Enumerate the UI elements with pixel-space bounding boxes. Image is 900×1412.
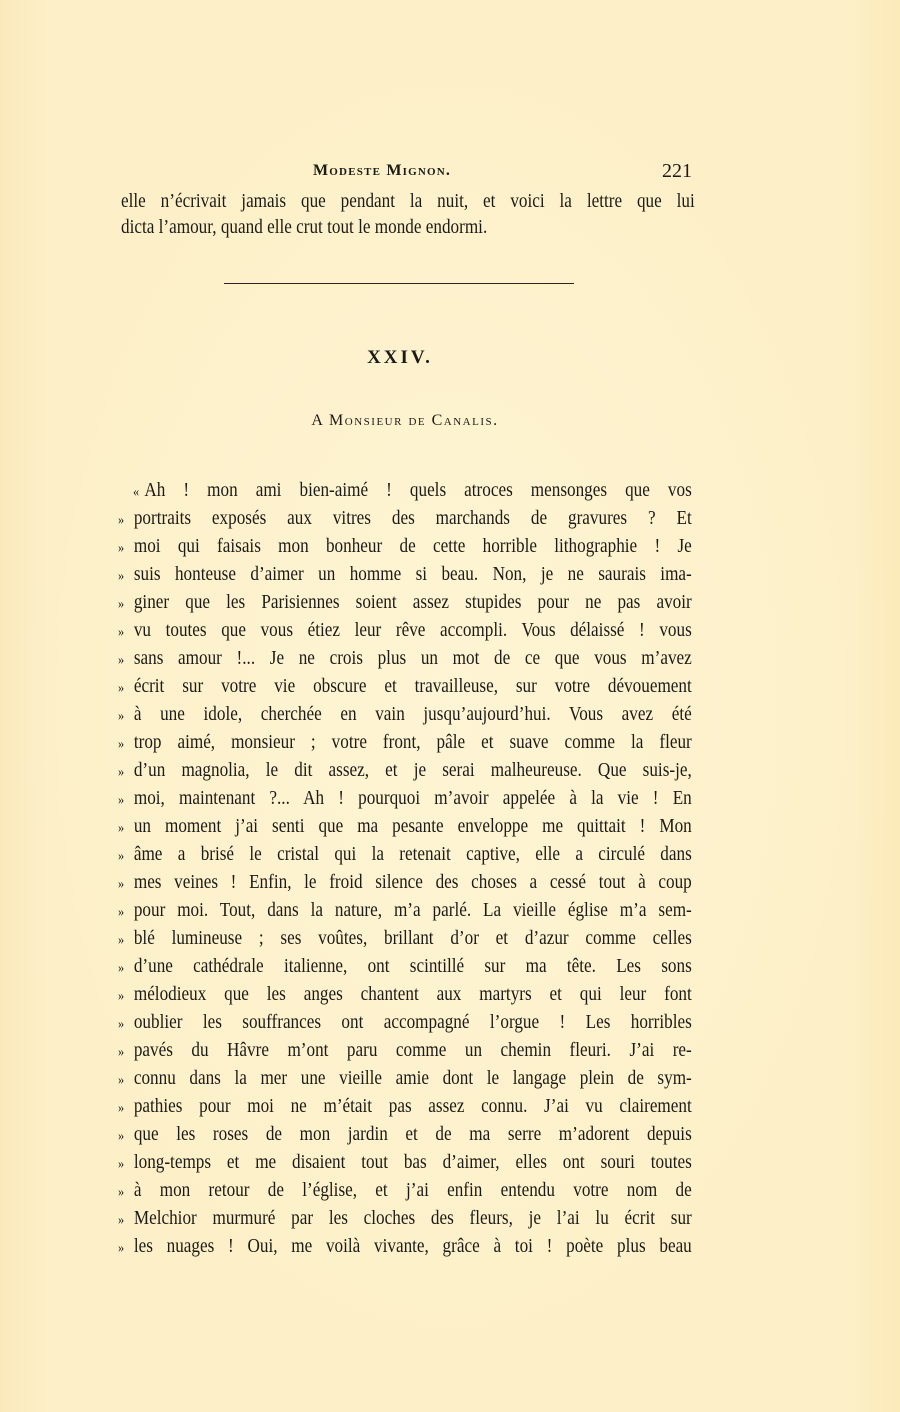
- letter-line: » pathies pour moi ne m’était pas assez …: [118, 1094, 692, 1122]
- letter-line: » connu dans la mer une vieille amie don…: [118, 1066, 692, 1094]
- letter-line: « Ah ! mon ami bien-aimé ! quels atroces…: [118, 478, 692, 506]
- chapter-title: A Monsieur de Canalis.: [0, 412, 810, 430]
- letter-line-text: âme a brisé le cristal qui la retenait c…: [134, 842, 692, 870]
- letter-line: » giner que les Parisiennes soient assez…: [118, 590, 692, 618]
- letter-line: » long-temps et me disaient tout bas d’a…: [118, 1150, 692, 1178]
- open-quote-mark: «: [118, 478, 144, 506]
- letter-line: » un moment j’ai senti que ma pesante en…: [118, 814, 692, 842]
- letter-line: » moi qui faisais mon bonheur de cette h…: [118, 534, 692, 562]
- letter-line-text: écrit sur votre vie obscure et travaille…: [134, 674, 692, 702]
- page-number: 221: [662, 160, 692, 183]
- letter-line-text: pavés du Hâvre m’ont paru comme un chemi…: [134, 1038, 692, 1066]
- letter-line-text: mes veines ! Enfin, le froid silence des…: [134, 870, 692, 898]
- letter-line: » sans amour !... Je ne crois plus un mo…: [118, 646, 692, 674]
- text-line: dicta l’amour, quand elle crut tout le m…: [121, 215, 695, 241]
- continuation-quote-mark: »: [118, 618, 134, 646]
- letter-line-text: Ah ! mon ami bien-aimé ! quels atroces m…: [144, 478, 691, 506]
- letter-line-text: moi qui faisais mon bonheur de cette hor…: [134, 534, 692, 562]
- continuation-quote-mark: »: [118, 674, 134, 702]
- letter-line-text: sans amour !... Je ne crois plus un mot …: [134, 646, 692, 674]
- letter-line-text: moi, maintenant ?... Ah ! pourquoi m’avo…: [134, 786, 692, 814]
- letter-line-text: que les roses de mon jardin et de ma ser…: [134, 1122, 692, 1150]
- continuation-quote-mark: »: [118, 1038, 134, 1066]
- continuation-quote-mark: »: [118, 702, 134, 730]
- continuation-quote-mark: »: [118, 1150, 134, 1178]
- letter-line: » d’un magnolia, le dit assez, et je ser…: [118, 758, 692, 786]
- continuation-quote-mark: »: [118, 982, 134, 1010]
- continuation-quote-mark: »: [118, 926, 134, 954]
- continuation-quote-mark: »: [118, 1234, 134, 1262]
- letter-line: » blé lumineuse ; ses voûtes, brillant d…: [118, 926, 692, 954]
- letter-line-text: d’un magnolia, le dit assez, et je serai…: [134, 758, 692, 786]
- letter-line-text: portraits exposés aux vitres des marchan…: [134, 506, 692, 534]
- letter-line-text: giner que les Parisiennes soient assez s…: [134, 590, 692, 618]
- continuation-quote-mark: »: [118, 1206, 134, 1234]
- letter-line: » à mon retour de l’église, et j’ai enfi…: [118, 1178, 692, 1206]
- continuation-quote-mark: »: [118, 870, 134, 898]
- letter-line-text: pour moi. Tout, dans la nature, m’a parl…: [134, 898, 692, 926]
- letter-line-text: oublier les souffrances ont accompagné l…: [134, 1010, 692, 1038]
- continuation-quote-mark: »: [118, 758, 134, 786]
- continuation-quote-mark: »: [118, 1094, 134, 1122]
- continuation-quote-mark: »: [118, 1178, 134, 1206]
- chapter-number: XXIV.: [0, 347, 800, 369]
- letter-line-text: vu toutes que vous étiez leur rêve accom…: [134, 618, 692, 646]
- text-line: elle n’écrivait jamais que pendant la nu…: [121, 189, 695, 215]
- continuation-quote-mark: »: [118, 1122, 134, 1150]
- letter-line: » les nuages ! Oui, me voilà vivante, gr…: [118, 1234, 692, 1262]
- letter-line: » vu toutes que vous étiez leur rêve acc…: [118, 618, 692, 646]
- letter-line: » oublier les souffrances ont accompagné…: [118, 1010, 692, 1038]
- continuation-quote-mark: »: [118, 590, 134, 618]
- letter-line-text: les nuages ! Oui, me voilà vivante, grâc…: [134, 1234, 692, 1262]
- letter-line: » suis honteuse d’aimer un homme si beau…: [118, 562, 692, 590]
- letter-line-text: d’une cathédrale italienne, ont scintill…: [134, 954, 692, 982]
- letter-body: « Ah ! mon ami bien-aimé ! quels atroces…: [118, 478, 692, 1262]
- letter-line: » d’une cathédrale italienne, ont scinti…: [118, 954, 692, 982]
- letter-line-text: un moment j’ai senti que ma pesante enve…: [134, 814, 692, 842]
- letter-line: » trop aimé, monsieur ; votre front, pâl…: [118, 730, 692, 758]
- letter-line-text: blé lumineuse ; ses voûtes, brillant d’o…: [134, 926, 692, 954]
- letter-line: » âme a brisé le cristal qui la retenait…: [118, 842, 692, 870]
- letter-line: » moi, maintenant ?... Ah ! pourquoi m’a…: [118, 786, 692, 814]
- continuation-quote-mark: »: [118, 534, 134, 562]
- continuation-quote-mark: »: [118, 646, 134, 674]
- letter-line: » pavés du Hâvre m’ont paru comme un che…: [118, 1038, 692, 1066]
- letter-line-text: suis honteuse d’aimer un homme si beau. …: [134, 562, 692, 590]
- letter-line: » mélodieux que les anges chantent aux m…: [118, 982, 692, 1010]
- letter-line: » portraits exposés aux vitres des march…: [118, 506, 692, 534]
- continuation-quote-mark: »: [118, 730, 134, 758]
- running-title: Modeste Mignon.: [313, 162, 451, 180]
- letter-line-text: long-temps et me disaient tout bas d’aim…: [134, 1150, 692, 1178]
- continuation-quote-mark: »: [118, 842, 134, 870]
- letter-line: » mes veines ! Enfin, le froid silence d…: [118, 870, 692, 898]
- letter-line: » Melchior murmuré par les cloches des f…: [118, 1206, 692, 1234]
- running-head: Modeste Mignon. 221: [118, 160, 692, 184]
- letter-line: » écrit sur votre vie obscure et travail…: [118, 674, 692, 702]
- letter-line-text: pathies pour moi ne m’était pas assez co…: [134, 1094, 692, 1122]
- letter-line-text: trop aimé, monsieur ; votre front, pâle …: [134, 730, 692, 758]
- continuation-quote-mark: »: [118, 786, 134, 814]
- letter-line-text: à mon retour de l’église, et j’ai enfin …: [134, 1178, 692, 1206]
- letter-line-text: Melchior murmuré par les cloches des fle…: [134, 1206, 692, 1234]
- letter-line-text: mélodieux que les anges chantent aux mar…: [134, 982, 692, 1010]
- continuation-quote-mark: »: [118, 814, 134, 842]
- continuation-quote-mark: »: [118, 898, 134, 926]
- letter-line: » que les roses de mon jardin et de ma s…: [118, 1122, 692, 1150]
- intro-paragraph: elle n’écrivait jamais que pendant la nu…: [121, 189, 695, 241]
- letter-line-text: à une idole, cherchée en vain jusqu’aujo…: [134, 702, 692, 730]
- section-divider: [224, 283, 574, 284]
- continuation-quote-mark: »: [118, 562, 134, 590]
- continuation-quote-mark: »: [118, 506, 134, 534]
- letter-line: » à une idole, cherchée en vain jusqu’au…: [118, 702, 692, 730]
- continuation-quote-mark: »: [118, 1066, 134, 1094]
- letter-line: » pour moi. Tout, dans la nature, m’a pa…: [118, 898, 692, 926]
- continuation-quote-mark: »: [118, 1010, 134, 1038]
- book-page: Modeste Mignon. 221 elle n’écrivait jama…: [0, 0, 900, 1412]
- continuation-quote-mark: »: [118, 954, 134, 982]
- letter-line-text: connu dans la mer une vieille amie dont …: [134, 1066, 692, 1094]
